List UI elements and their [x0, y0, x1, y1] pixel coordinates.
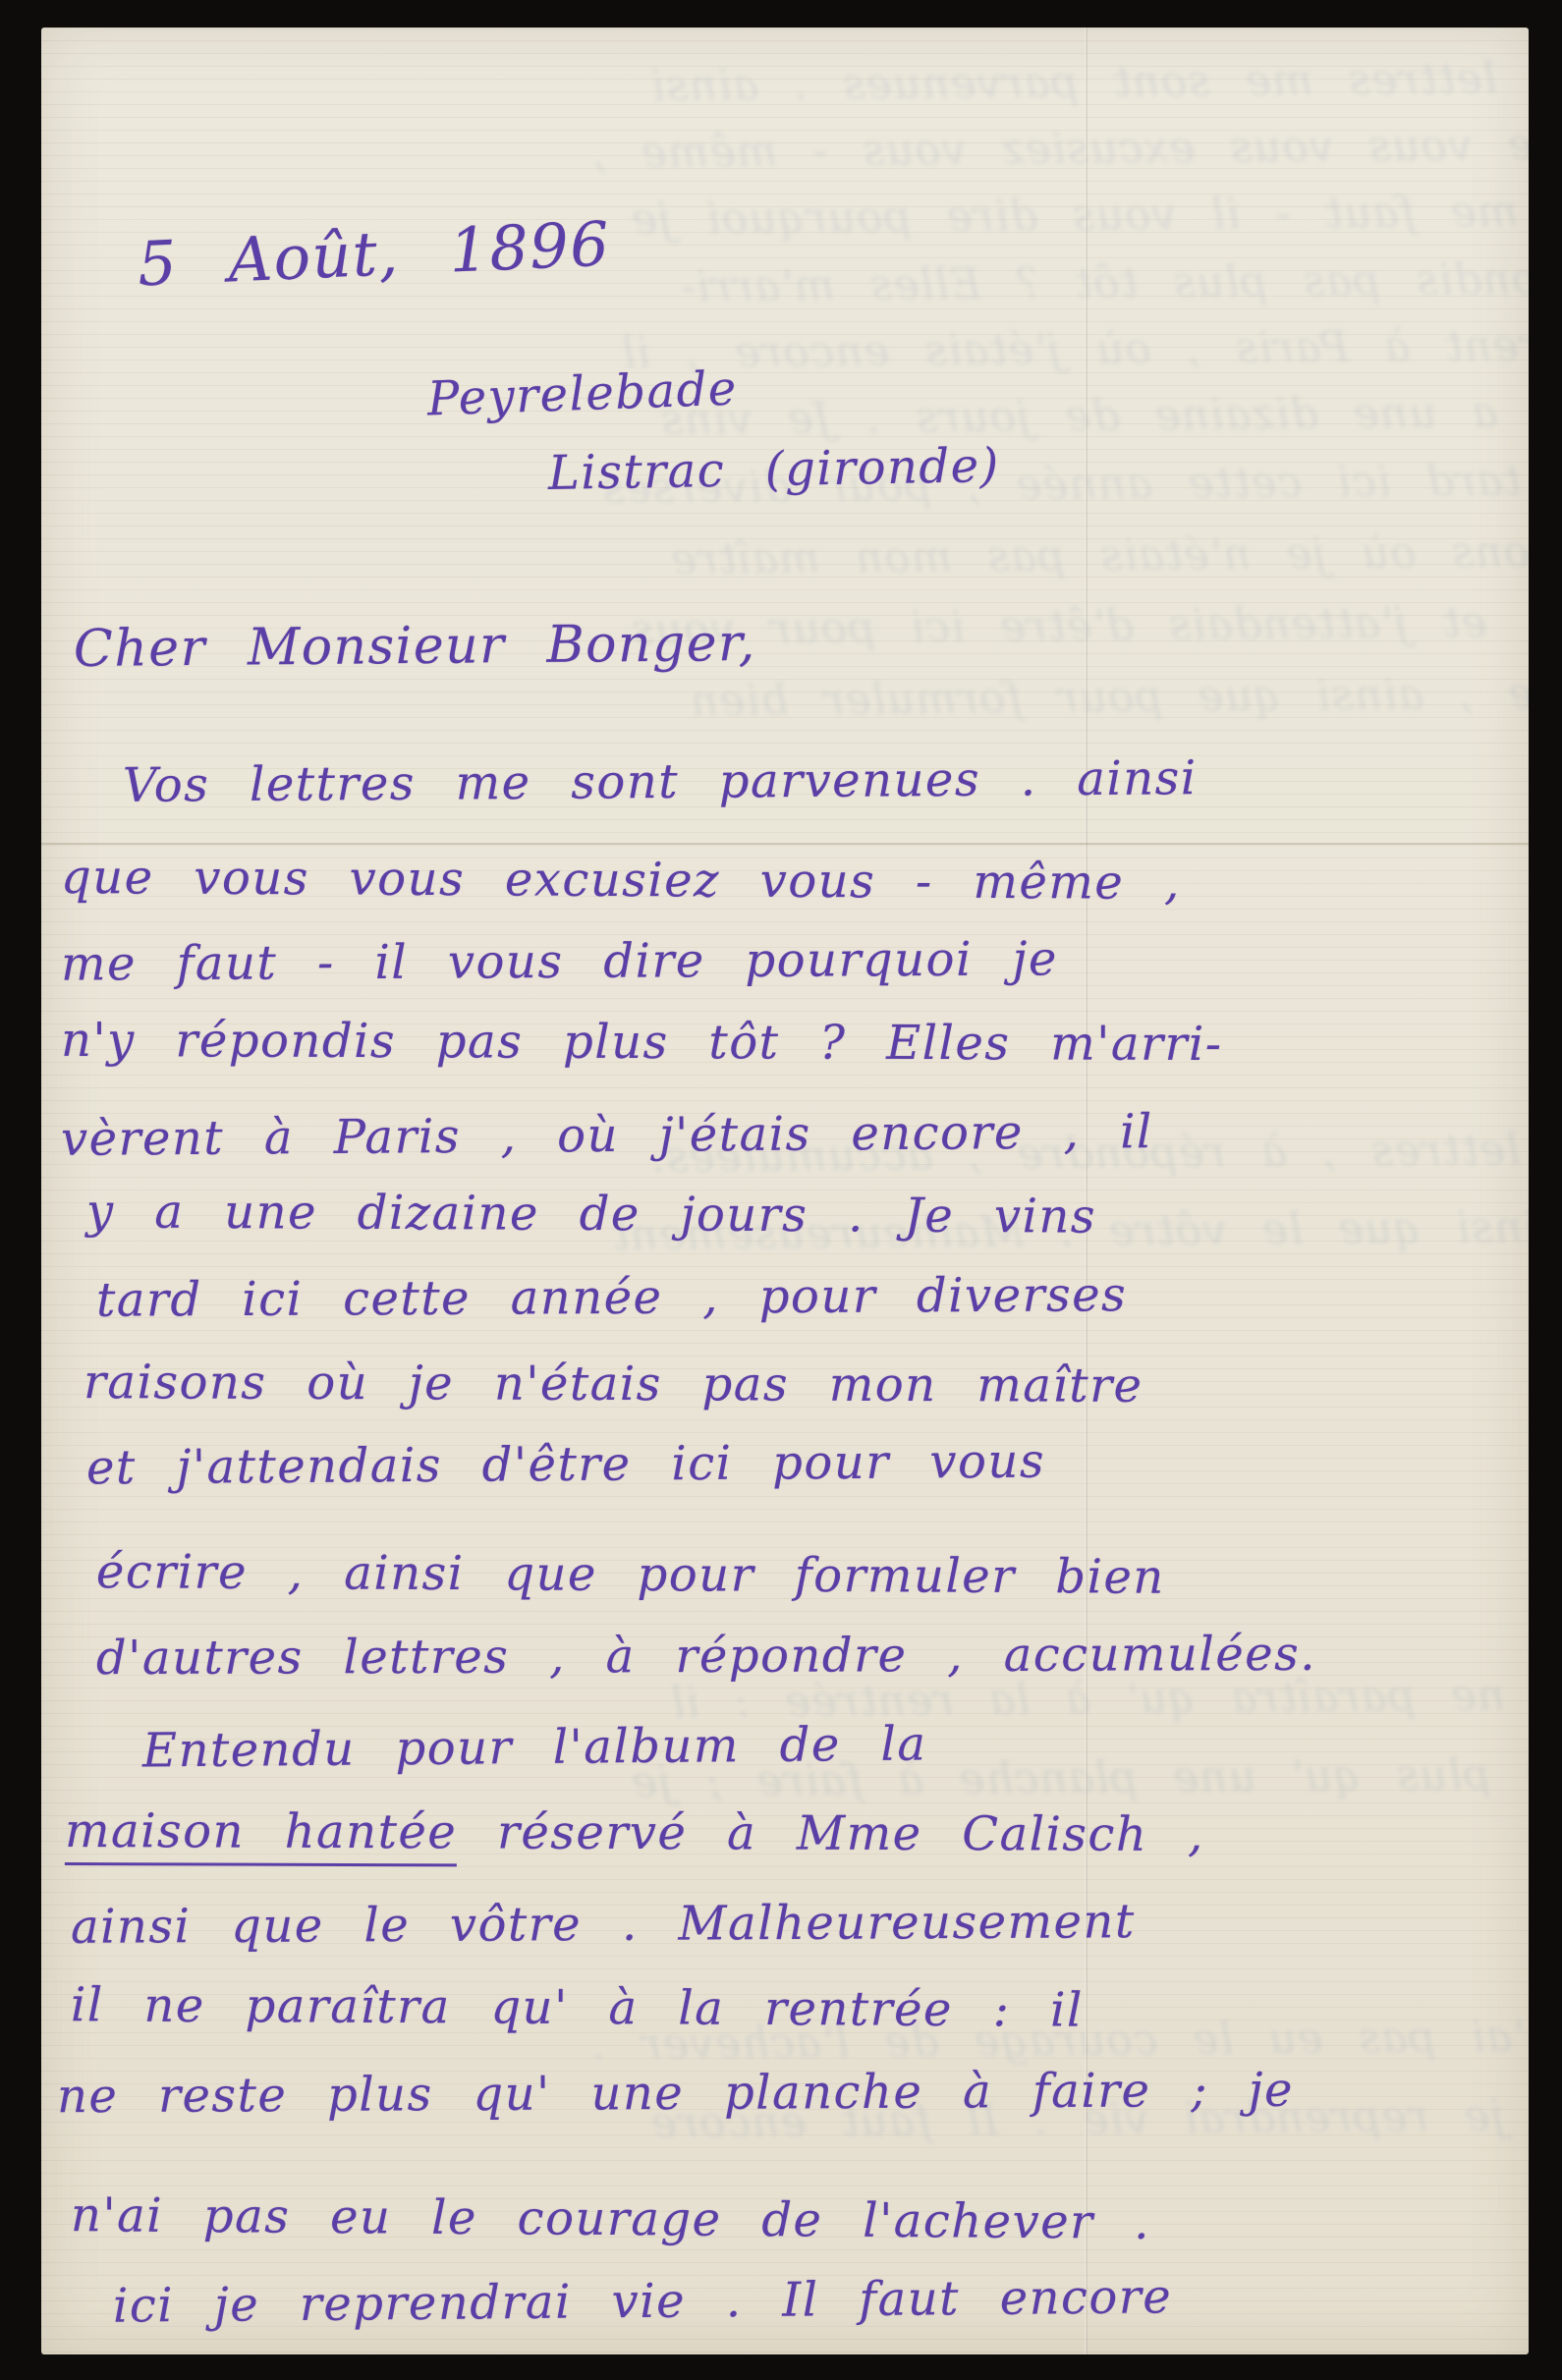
- letter-paper: Vos lettres me sont parvenues . ainsi qu…: [41, 28, 1529, 2354]
- ghost-line: me faut - il vous dire pourquoi je: [631, 187, 1519, 245]
- ghost-line: y a une dizaine de jours . Je vins: [660, 387, 1529, 445]
- letter-line: n'ai pas eu le courage de l'achever .: [71, 2189, 1150, 2248]
- ghost-line: et j'attendais d'être ici pour vous: [631, 597, 1487, 655]
- letter-salutation: Cher Monsieur Bonger,: [74, 616, 756, 678]
- letter-place-estate: Peyrelebade: [426, 363, 738, 426]
- letter-line: tard ici cette année , pour diverses: [96, 1269, 1127, 1326]
- ghost-line: écrire , ainsi que pour formuler bien: [690, 668, 1529, 726]
- letter-line: Vos lettres me sont parvenues . ainsi: [123, 752, 1198, 811]
- ghost-line: raisons où je n'étais pas mon maître: [670, 526, 1529, 584]
- letter-line: il ne paraîtra qu' à la rentrée : il: [71, 1979, 1084, 2036]
- letter-date: 5 Août, 1896: [137, 211, 612, 299]
- letter-line: vèrent à Paris , où j'étais encore , il: [61, 1106, 1153, 1166]
- ghost-line: Vos lettres me sont parvenues . ainsi: [650, 53, 1529, 112]
- letter-scan: { "document_type": "handwritten letter (…: [0, 0, 1562, 2380]
- letter-line: que vous vous excusiez vous - même ,: [61, 852, 1181, 910]
- ghost-line: n'y répondis pas plus tôt ? Elles m'arri…: [680, 252, 1529, 311]
- letter-line-rest: réservé à Mme Calisch ,: [457, 1804, 1204, 1862]
- letter-line: Entendu pour l'album de la: [142, 1719, 927, 1778]
- letter-place-town: Listrac (gironde): [548, 440, 1001, 500]
- horizontal-fold-crease: [41, 843, 1529, 845]
- letter-line: y a une dizaine de jours . Je vins: [86, 1186, 1096, 1243]
- letter-line: ne reste plus qu' une planche à faire ; …: [57, 2065, 1294, 2123]
- letter-line: et j'attendais d'être ici pour vous: [86, 1436, 1045, 1495]
- letter-line: me faut - il vous dire pourquoi je: [61, 933, 1058, 990]
- letter-line: ici je reprendrai vie . Il faut encore: [113, 2271, 1173, 2332]
- letter-line: maison hantée réservé à Mme Calisch ,: [65, 1805, 1204, 1861]
- ghost-line: vèrent à Paris , où j'étais encore , il: [621, 320, 1529, 379]
- letter-line: raisons où je n'étais pas mon maître: [84, 1356, 1144, 1412]
- letter-line: n'y répondis pas plus tôt ? Elles m'arri…: [61, 1015, 1223, 1071]
- letter-line: ainsi que le vôtre . Malheureusement: [71, 1896, 1136, 1953]
- letter-line: d'autres lettres , à répondre , accumulé…: [96, 1629, 1316, 1685]
- ghost-line: que vous vous excusiez vous - même ,: [591, 120, 1529, 179]
- letter-line: écrire , ainsi que pour formuler bien: [96, 1546, 1165, 1603]
- underlined-phrase: maison hantée: [65, 1803, 457, 1866]
